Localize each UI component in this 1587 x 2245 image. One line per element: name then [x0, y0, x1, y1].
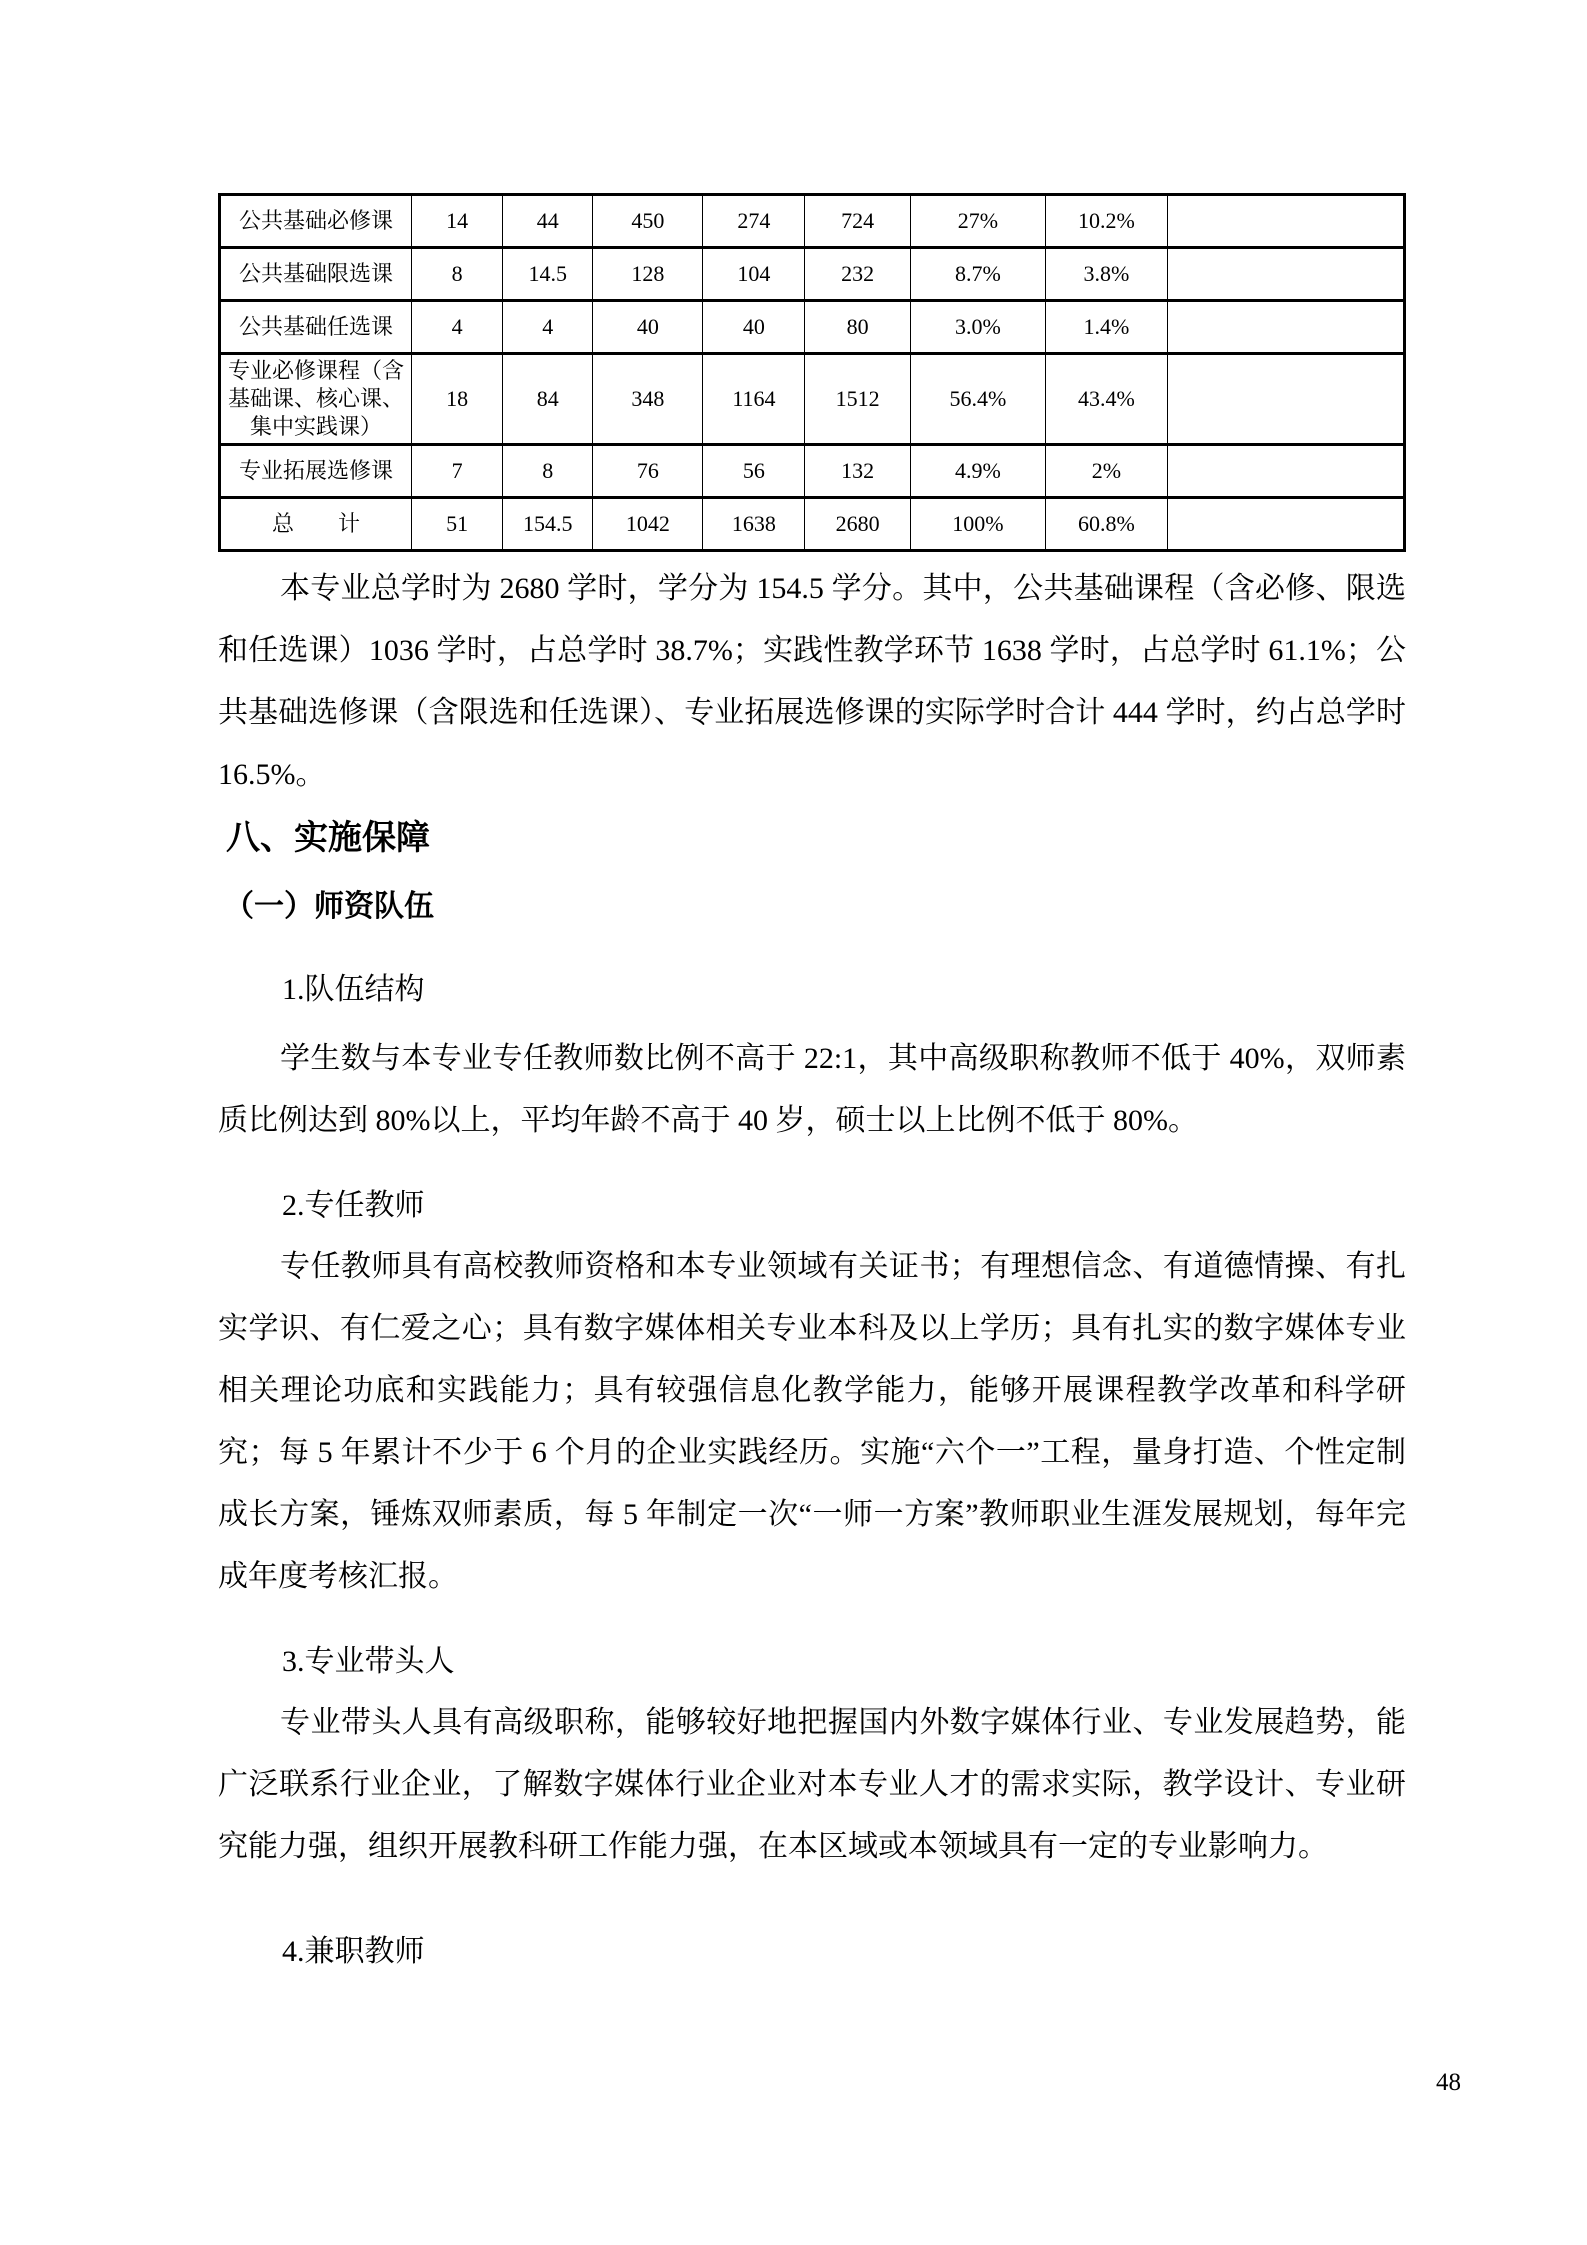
value-cell: 80 [805, 301, 910, 354]
value-cell: 1164 [703, 354, 805, 445]
value-cell: 3.0% [910, 301, 1045, 354]
heading-item-1-team-structure: 1.队伍结构 [218, 966, 1406, 1014]
heading-item-2-full-time-teachers: 2.专任教师 [218, 1182, 1406, 1230]
value-cell: 128 [593, 248, 703, 301]
value-cell: 100% [910, 498, 1045, 551]
value-cell: 1.4% [1045, 301, 1167, 354]
value-cell [1167, 195, 1404, 248]
value-cell: 8 [411, 248, 502, 301]
value-cell [1167, 445, 1404, 498]
table-row: 专业必修课程（含基础课、核心课、集中实践课）18843481164151256.… [220, 354, 1405, 445]
value-cell [1167, 248, 1404, 301]
page-number: 48 [1436, 2068, 1461, 2098]
value-cell: 4 [411, 301, 502, 354]
course-category-cell: 公共基础限选课 [220, 248, 412, 301]
value-cell: 232 [805, 248, 910, 301]
value-cell: 84 [503, 354, 593, 445]
value-cell [1167, 301, 1404, 354]
paragraph-total-hours-summary: 本专业总学时为 2680 学时，学分为 154.5 学分。其中，公共基础课程（含… [218, 558, 1406, 806]
paragraph-full-time-teachers: 专任教师具有高校教师资格和本专业领域有关证书；有理想信念、有道德情操、有扎实学识… [218, 1236, 1406, 1608]
value-cell: 348 [593, 354, 703, 445]
page-content: 公共基础必修课144445027472427%10.2%公共基础限选课814.5… [218, 193, 1406, 1976]
value-cell: 1638 [703, 498, 805, 551]
course-category-cell: 公共基础任选课 [220, 301, 412, 354]
value-cell: 274 [703, 195, 805, 248]
value-cell: 2% [1045, 445, 1167, 498]
paragraph-program-leader: 专业带头人具有高级职称，能够较好地把握国内外数字媒体行业、专业发展趋势，能广泛联… [218, 1692, 1406, 1878]
course-category-cell: 总 计 [220, 498, 412, 551]
value-cell: 10.2% [1045, 195, 1167, 248]
table-row: 公共基础必修课144445027472427%10.2% [220, 195, 1405, 248]
course-category-cell: 专业拓展选修课 [220, 445, 412, 498]
value-cell: 14 [411, 195, 502, 248]
value-cell: 60.8% [1045, 498, 1167, 551]
value-cell: 450 [593, 195, 703, 248]
value-cell: 27% [910, 195, 1045, 248]
value-cell: 14.5 [503, 248, 593, 301]
table-row: 公共基础任选课444040803.0%1.4% [220, 301, 1405, 354]
value-cell: 3.8% [1045, 248, 1167, 301]
value-cell: 51 [411, 498, 502, 551]
heading-item-3-program-leader: 3.专业带头人 [218, 1638, 1406, 1686]
value-cell [1167, 354, 1404, 445]
value-cell: 1512 [805, 354, 910, 445]
value-cell: 18 [411, 354, 502, 445]
value-cell: 56 [703, 445, 805, 498]
document-page: 公共基础必修课144445027472427%10.2%公共基础限选课814.5… [0, 0, 1587, 2245]
value-cell: 2680 [805, 498, 910, 551]
value-cell: 4.9% [910, 445, 1045, 498]
heading-subsection-teaching-staff: （一）师资队伍 [224, 884, 1406, 930]
value-cell: 1042 [593, 498, 703, 551]
table-row: 专业拓展选修课7876561324.9%2% [220, 445, 1405, 498]
value-cell: 44 [503, 195, 593, 248]
value-cell: 76 [593, 445, 703, 498]
heading-item-4-part-time-teachers: 4.兼职教师 [218, 1928, 1406, 1976]
value-cell: 43.4% [1045, 354, 1167, 445]
value-cell: 8 [503, 445, 593, 498]
paragraph-team-structure: 学生数与本专业专任教师数比例不高于 22:1，其中高级职称教师不低于 40%，双… [218, 1028, 1406, 1152]
value-cell: 7 [411, 445, 502, 498]
course-category-cell: 公共基础必修课 [220, 195, 412, 248]
table-row: 公共基础限选课814.51281042328.7%3.8% [220, 248, 1405, 301]
value-cell: 40 [593, 301, 703, 354]
value-cell: 56.4% [910, 354, 1045, 445]
value-cell: 132 [805, 445, 910, 498]
value-cell: 40 [703, 301, 805, 354]
value-cell: 104 [703, 248, 805, 301]
table-row: 总 计51154.5104216382680100%60.8% [220, 498, 1405, 551]
course-hours-table: 公共基础必修课144445027472427%10.2%公共基础限选课814.5… [218, 193, 1406, 552]
value-cell [1167, 498, 1404, 551]
course-category-cell: 专业必修课程（含基础课、核心课、集中实践课） [220, 354, 412, 445]
heading-section-8-implementation-guarantee: 八、实施保障 [226, 814, 1406, 862]
value-cell: 724 [805, 195, 910, 248]
value-cell: 8.7% [910, 248, 1045, 301]
value-cell: 4 [503, 301, 593, 354]
value-cell: 154.5 [503, 498, 593, 551]
